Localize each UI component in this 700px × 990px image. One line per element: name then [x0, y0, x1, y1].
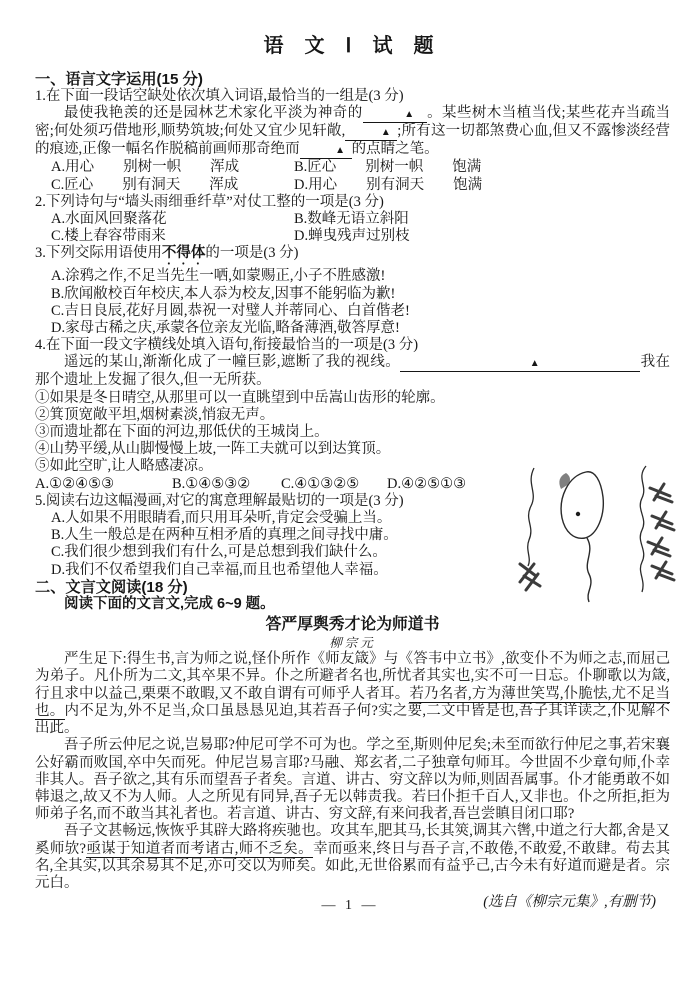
q2-option-c: C.楼上春容带雨来 [51, 228, 294, 245]
essay-body: 严生足下:得生书,言为师之说,怪仆所作《师友箴》与《答韦中立书》,欲变仆不为师之… [35, 651, 670, 892]
q4-passage: 遥远的某山,渐渐化成了一幢巨影,遮断了我的视线。▲我在那个遗址上发掘了很久,但一… [35, 354, 670, 389]
cartoon-left-branch [528, 468, 534, 566]
q1-blank-2: ▲ [345, 126, 397, 141]
q1-option-b: B.匠心 别树一帜 饱满 [294, 159, 670, 176]
q1-blank-1: ▲ [363, 108, 427, 123]
cartoon-right-ridge [640, 466, 646, 592]
essay-p3-underlined: 亟谋于知道者而考诸古,师不乏矣。 [86, 841, 313, 859]
q1-option-d: D.用心 别有洞天 饱满 [294, 177, 670, 194]
essay-paragraph-1: 严生足下:得生书,言为师之说,怪仆所作《师友箴》与《答韦中立书》,欲变仆不为师之… [35, 651, 670, 737]
q3-stem-pre: 3.下列交际用语使用 [35, 245, 162, 261]
q2-options-row1: A.水面风回聚落花 B.数峰无语立斜阳 [35, 211, 670, 228]
cartoon-balloon-eye [576, 512, 580, 516]
q4-item-3: ③而遗址都在下面的河边,那低伏的王城岗上。 [35, 424, 670, 441]
q3-stem: 3.下列交际用语使用不得体的一项是(3 分) [35, 245, 670, 268]
q1-option-c: C.匠心 别有洞天 浑成 [51, 177, 294, 194]
q2-option-a: A.水面风回聚落花 [51, 211, 294, 228]
q1-passage: 最使我艳羡的还是园林艺术家化平淡为神奇的▲。某些树木当植当伐;某些花卉当疏当密;… [35, 105, 670, 159]
essay-paragraph-3: 吾子文甚畅远,恢恢乎其辟大路将疾驰也。攻其车,肥其马,长其筴,调其六辔,中道之行… [35, 823, 670, 892]
essay-title: 答严厚舆秀才论为师道书 [35, 615, 670, 635]
cartoon-balloon-smudge [559, 473, 570, 489]
q4-item-1: ①如果是冬日晴空,从那里可以一直眺望到中岳嵩山齿形的轮廓。 [35, 390, 670, 407]
q1-options-row2: C.匠心 别有洞天 浑成 D.用心 别有洞天 饱满 [35, 177, 670, 194]
essay-author: 柳宗元 [35, 635, 670, 651]
page-number: — 1 — [0, 897, 700, 914]
q2-stem: 2.下列诗句与“墙头雨细垂纤草”对仗工整的一项是(3 分) [35, 194, 670, 211]
cartoon-balloon [561, 472, 603, 602]
q3-option-a: A.涂鸦之作,不足当先生一哂,如蒙赐正,小子不胜感激! [35, 268, 670, 285]
q3-option-b: B.欣闻敝校百年校庆,本人忝为校友,因事不能躬临为歉! [35, 286, 670, 303]
page-title: 语 文 Ⅰ 试 题 [35, 34, 670, 58]
q4-item-2: ②箕顶宽敞平坦,烟树素淡,悄寂无声。 [35, 407, 670, 424]
q3-stem-emphasis: 不得体 [162, 245, 206, 261]
q4-option-c: C.④①③②⑤ [281, 476, 387, 493]
q1-option-a: A.用心 别树一帜 浑成 [51, 159, 294, 176]
q3-stem-post: 的一项是(3 分) [205, 245, 298, 261]
q3-option-d: D.家母古稀之庆,承蒙各位亲友光临,略备薄酒,敬答厚意! [35, 320, 670, 337]
essay-p1-text-2: 内不足为,外不足当,众口虽恳恳见迫,其若吾子何?实之要,二文中皆是也,吾子其详读… [35, 703, 670, 736]
cartoon-left-leaves [520, 564, 540, 590]
q2-option-b: B.数峰无语立斜阳 [294, 211, 670, 228]
essay-paragraph-2: 吾子所云仲尼之说,岂易耶?仲尼可学不可为也。学之至,斯则仲尼矣;未至而欲行仲尼之… [35, 737, 670, 823]
q1-stem: 1.在下面一段话空缺处依次填入词语,最恰当的一组是(3 分) [35, 88, 670, 105]
exam-page: 语 文 Ⅰ 试 题 一、语言文字运用(15 分) 1.在下面一段话空缺处依次填入… [0, 0, 700, 990]
q1-blank-3: ▲ [300, 144, 352, 159]
cartoon-right-leaves [648, 484, 674, 580]
section1-heading: 一、语言文字运用(15 分) [35, 71, 670, 88]
q2-option-d: D.蝉曳残声过别枝 [294, 228, 670, 245]
q4-blank: ▲ [400, 357, 640, 372]
q1-text-4: 的点睛之笔。 [352, 141, 439, 157]
q3-option-c: C.吉日良辰,花好月圆,恭祝一对璧人并蒂同心、白首偕老! [35, 303, 670, 320]
q4-option-b: B.①④⑤③② [172, 476, 281, 493]
q4-stem: 4.在下面一段文字横线处填入语句,衔接最恰当的一项是(3 分) [35, 337, 670, 354]
cartoon-illustration [494, 464, 686, 606]
q1-options-row1: A.用心 别树一帜 浑成 B.匠心 别树一帜 饱满 [35, 159, 670, 176]
q1-text-1: 最使我艳羡的还是园林艺术家化平淡为神奇的 [64, 105, 363, 121]
q2-options-row2: C.楼上春容带雨来 D.蝉曳残声过别枝 [35, 228, 670, 245]
q4-lead: 遥远的某山,渐渐化成了一幢巨影,遮断了我的视线。 [64, 354, 400, 370]
q4-item-4: ④山势平缓,从山脚慢慢上坡,一阵工夫就可以到达箕顶。 [35, 441, 670, 458]
q4-option-a: A.①②④⑤③ [35, 476, 172, 493]
